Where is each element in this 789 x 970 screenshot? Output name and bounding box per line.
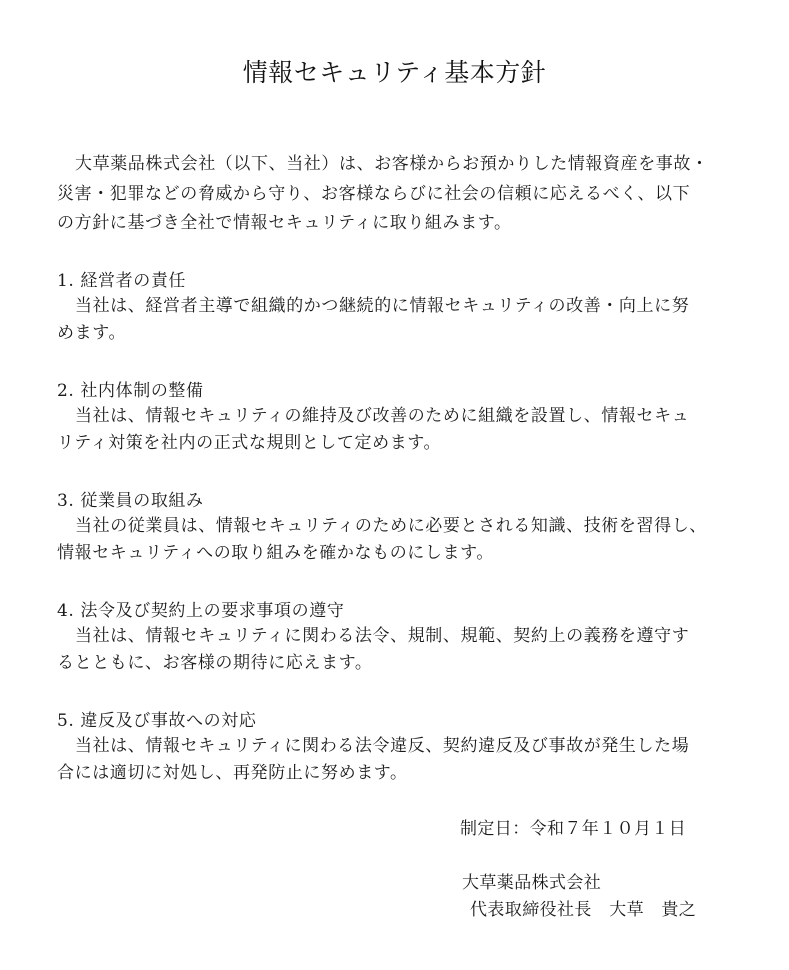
- section-body-line: リティ対策を社内の正式な規則として定めます。: [57, 431, 441, 455]
- section-heading: 3. 従業員の取組み: [57, 489, 204, 513]
- section-body-line: 合には適切に対処し、再発防止に努めます。: [57, 761, 408, 785]
- intro-line: 災害・犯罪などの脅威から守り、お客様ならびに社会の信頼に応えるべく、以下: [57, 182, 690, 206]
- section-body-line: 当社は、情報セキュリティに関わる法令、規制、規範、契約上の義務を遵守す: [75, 624, 689, 648]
- section-body-line: 当社は、情報セキュリティに関わる法令違反、契約違反及び事故が発生した場: [75, 734, 689, 758]
- document-title: 情報セキュリティ基本方針: [0, 56, 789, 90]
- company-name: 大草薬品株式会社: [462, 871, 601, 895]
- signatory: 代表取締役社長 大草 貴之: [470, 898, 696, 922]
- section-heading: 4. 法令及び契約上の要求事項の遵守: [57, 599, 344, 623]
- section-heading: 1. 経営者の責任: [57, 269, 186, 293]
- section-body-line: 情報セキュリティへの取り組みを確かなものにします。: [57, 541, 494, 565]
- section-heading: 5. 違反及び事故への対応: [57, 709, 256, 733]
- section-body-line: 当社は、経営者主導で組織的かつ継続的に情報セキュリティの改善・向上に努: [75, 294, 689, 318]
- established-date: 制定日：令和７年１０月１日: [460, 817, 686, 841]
- intro-line: の方針に基づき全社で情報セキュリティに取り組みます。: [57, 211, 512, 235]
- intro-line: 大草薬品株式会社（以下、当社）は、お客様からお預かりした情報資産を事故・: [75, 152, 709, 176]
- section-body-line: めます。: [57, 321, 126, 345]
- section-heading: 2. 社内体制の整備: [57, 379, 204, 403]
- policy-document: 情報セキュリティ基本方針 大草薬品株式会社（以下、当社）は、お客様からお預かりし…: [0, 0, 789, 970]
- section-body-line: 当社の従業員は、情報セキュリティのために必要とされる知識、技術を習得し、: [75, 514, 707, 538]
- section-body-line: 当社は、情報セキュリティの維持及び改善のために組織を設置し、情報セキュ: [75, 404, 689, 428]
- section-body-line: るとともに、お客様の期待に応えます。: [57, 651, 372, 675]
